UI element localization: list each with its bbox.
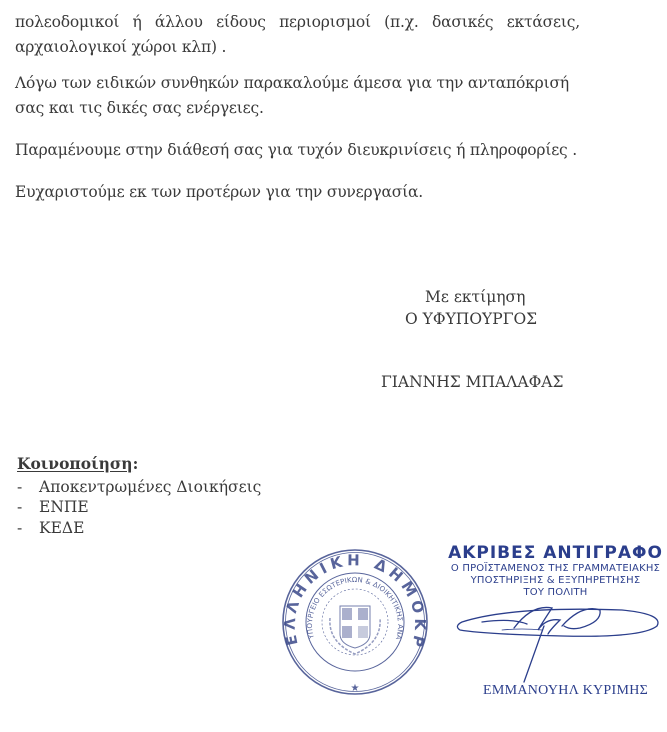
certified-copy-title: ΑΚΡΙΒΕΣ ΑΝΤΙΓΡΑΦΟ	[448, 543, 663, 563]
cc-item-label: ΚΕΔΕ	[39, 519, 84, 537]
paragraph-1-line-2: σας και τις δικές σας ενέργειες.	[15, 99, 264, 117]
certified-copy-line-3: ΤΟΥ ΠΟΛΙΤΗ	[448, 587, 663, 599]
word: (π.χ.	[384, 13, 418, 31]
cc-item: -ΚΕΔΕ	[17, 519, 84, 537]
certified-copy-line-2: ΥΠΟΣΤΗΡΙΞΗΣ & ΕΞΥΠΗΡΕΤΗΣΗΣ	[448, 575, 663, 587]
coat-of-arms-icon	[330, 606, 380, 654]
paragraph-0-line-1: πολεοδομικοί ή άλλου είδους περιορισμοί …	[15, 13, 580, 31]
closing-title: Ο ΥΦΥΠΟΥΡΓΟΣ	[405, 310, 537, 328]
certified-copy-stamp: ΑΚΡΙΒΕΣ ΑΝΤΙΓΡΑΦΟ Ο ΠΡΟΪΣΤΑΜΕΝΟΣ ΤΗΣ ΓΡΑ…	[448, 543, 663, 599]
list-dash: -	[17, 519, 39, 537]
certifier-name: ΕΜΜΑΝΟΥΗΛ ΚΥΡΙΜΗΣ	[483, 683, 648, 699]
word: περιορισμοί	[279, 13, 371, 31]
closing-greeting: Με εκτίμηση	[425, 288, 525, 306]
word: ή	[133, 13, 142, 31]
paragraph-1-line-1: Λόγω των ειδικών συνθηκών παρακαλούμε άμ…	[15, 74, 569, 92]
paragraph-0-line-2: αρχαιολογικοί χώροι κλπ) .	[15, 38, 226, 56]
word: εκτάσεις,	[507, 13, 580, 31]
paragraph-2: Παραμένουμε στην διάθεσή σας για τυχόν δ…	[15, 141, 577, 159]
cc-heading: Κοινοποίηση:	[17, 454, 138, 473]
word: δασικές	[432, 13, 493, 31]
word: άλλου	[155, 13, 203, 31]
list-dash: -	[17, 498, 39, 516]
cc-item: -Αποκεντρωμένες Διοικήσεις	[17, 478, 261, 496]
certified-copy-line-1: Ο ΠΡΟΪΣΤΑΜΕΝΟΣ ΤΗΣ ΓΡΑΜΜΑΤΕΙΑΚΗΣ	[448, 563, 663, 575]
list-dash: -	[17, 478, 39, 496]
signatory-name: ΓΙΑΝΝΗΣ ΜΠΑΛΑΦΑΣ	[381, 373, 563, 391]
letter-document: πολεοδομικοί ή άλλου είδους περιορισμοί …	[0, 0, 667, 732]
official-seal-stamp: ΕΛΛΗΝΙΚΗ ΔΗΜΟΚΡΑΤΙΑ ΥΠΟΥΡΓΕΙΟ ΕΣΩΤΕΡΙΚΩΝ…	[280, 548, 430, 700]
cc-item: -ΕΝΠΕ	[17, 498, 89, 516]
word: πολεοδομικοί	[15, 13, 119, 31]
handwritten-signature	[452, 600, 667, 690]
cc-item-label: ΕΝΠΕ	[39, 498, 89, 516]
cc-heading-colon: :	[133, 454, 139, 473]
word: είδους	[216, 13, 266, 31]
cc-item-label: Αποκεντρωμένες Διοικήσεις	[39, 478, 261, 496]
seal-star-icon: ★	[351, 683, 360, 694]
paragraph-3: Ευχαριστούμε εκ των προτέρων για την συν…	[15, 183, 423, 201]
cc-heading-label: Κοινοποίηση	[17, 454, 133, 473]
